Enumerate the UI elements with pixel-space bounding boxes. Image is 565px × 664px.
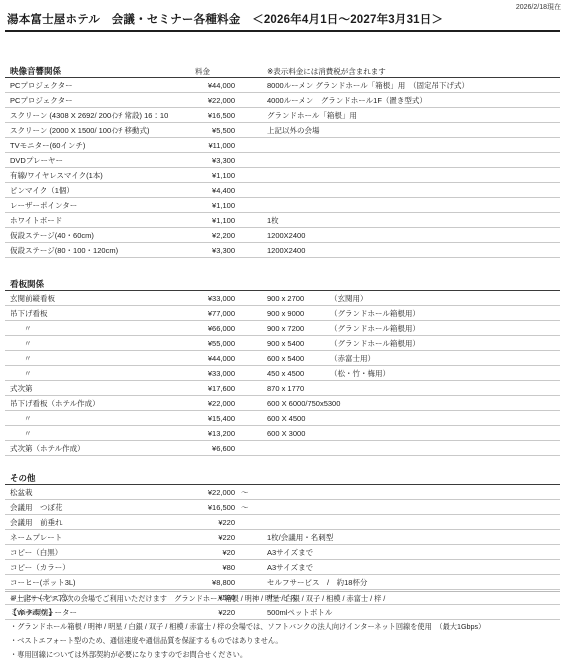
table-row: コピー（白黒）¥20A3サイズまで [5,545,560,560]
note-detail: （松・竹・梅用） [330,369,390,378]
item-cell: コピー（カラー） [10,561,170,574]
price-cell: ¥220 [170,516,235,529]
note-detail: （赤富士用） [330,354,375,363]
section-header-row: 看板関係 [5,277,560,291]
note-spec: 600 x 5400 [267,352,330,365]
table-row: ピンマイク（1個）¥4,400 [5,183,560,198]
note-cell: 900 x 5400（グランドホール箱根用） [265,337,560,350]
item-cell: 吊下げ看板 [10,307,170,320]
price-cell: ¥1,100 [170,214,235,227]
price-cell: ¥8,800 [170,576,235,589]
note-cell: 1枚/会議用・名刺型 [265,531,560,544]
price-cell: ¥16,500 [170,109,235,122]
price-cell: ¥77,000 [170,307,235,320]
footer: ※上記サービスは次の会場でご利用いただけます グランドホール箱根 / 明神 / … [5,591,560,662]
item-cell: ホワイトボード [10,214,170,227]
note-spec: 900 x 7200 [267,322,330,335]
table-row: コーヒー(ポット3L)¥8,800セルフサービス / 約18杯分 [5,575,560,590]
price-cell: ¥55,000 [170,337,235,350]
table-row: レーザーポインター¥1,100 [5,198,560,213]
note-cell: 870 x 1770 [265,382,560,395]
note-detail: （玄関用） [330,294,368,303]
table-row: 仮設ステージ(40・60cm)¥2,2001200X2400 [5,228,560,243]
table-row: 有線/ワイヤレスマイク(1本)¥1,100 [5,168,560,183]
section-title: その他 [10,472,170,484]
table-row: 玄関前縦看板¥33,000900 x 2700（玄関用） [5,291,560,306]
note-cell: 600 x 5400（赤富士用） [265,352,560,365]
price-cell: ¥3,300 [170,154,235,167]
price-cell: ¥44,000 [170,352,235,365]
note-cell: 900 x 9000（グランドホール箱根用） [265,307,560,320]
note-cell: 600 X 3000 [265,427,560,440]
item-cell: 仮設ステージ(40・60cm) [10,229,170,242]
section-header-row: その他 [5,471,560,485]
item-cell: 有線/ワイヤレスマイク(1本) [10,169,170,182]
table-row: スクリーン (4308 X 2692/ 200ｲﾝﾁ 常設) 16：10¥16,… [5,108,560,123]
price-cell: ¥13,200 [170,427,235,440]
section-title: 映像音響関係 [10,65,170,77]
item-cell: 〃 [10,352,170,365]
page-title: 湯本富士屋ホテル 会議・セミナー各種料金 ＜2026年4月1日～2027年3月3… [5,11,560,32]
table-row: PCプロジェクター¥44,0008000ルーメン グランドホール「箱根」用 （固… [5,78,560,93]
note-spec: 900 x 9000 [267,307,330,320]
item-cell: 玄関前縦看板 [10,292,170,305]
table-row: 式次第¥17,600870 x 1770 [5,381,560,396]
table-row: ネームプレート¥2201枚/会議用・名刺型 [5,530,560,545]
note-cell: 600 X 6000/750x5300 [265,397,560,410]
table-row: DVDプレーヤー¥3,300 [5,153,560,168]
note-detail: （グランドホール箱根用） [330,324,420,333]
item-cell: 松盆栽 [10,486,170,499]
table-row: 吊下げ看板（ホテル作成）¥22,000600 X 6000/750x5300 [5,396,560,411]
price-sections: 映像音響関係料金※表示料金には消費税が含まれますPCプロジェクター¥44,000… [0,64,565,620]
table-row: 〃¥15,400600 X 4500 [5,411,560,426]
item-cell: 〃 [10,367,170,380]
item-cell: スクリーン (2000 X 1500/ 100ｲﾝﾁ 移動式) [10,124,170,137]
item-cell: 式次第（ホテル作成） [10,442,170,455]
note-cell: 8000ルーメン グランドホール「箱根」用 （固定吊下げ式） [265,79,560,92]
item-cell: ネームプレート [10,531,170,544]
tax-note: ※表示料金には消費税が含まれます [265,66,560,77]
note-cell: 600 X 4500 [265,412,560,425]
note-spec: 450 x 4500 [267,367,330,380]
price-cell: ¥6,600 [170,442,235,455]
note-cell: 1200X2400 [265,244,560,257]
price-cell: ¥1,100 [170,199,235,212]
price-cell: ¥220 [170,531,235,544]
table-row: 仮設ステージ(80・100・120cm)¥3,3001200X2400 [5,243,560,258]
price-cell: ¥22,000 [170,397,235,410]
price-cell: ¥2,200 [170,229,235,242]
price-cell: ¥5,500 [170,124,235,137]
wifi-note-2: ・ベストエフォート型のため、通信速度や通信品質を保証するものではありません。 [5,634,560,648]
note-cell: 1200X2400 [265,229,560,242]
table-row: 〃¥33,000450 x 4500（松・竹・梅用） [5,366,560,381]
item-cell: TVモニター(60インチ) [10,139,170,152]
price-cell: ¥4,400 [170,184,235,197]
price-cell: ¥17,600 [170,382,235,395]
note-spec: 900 x 5400 [267,337,330,350]
price-cell: ¥16,500 [170,501,235,514]
price-cell: ¥22,000 [170,94,235,107]
item-cell: 吊下げ看板（ホテル作成） [10,397,170,410]
price-cell: ¥15,400 [170,412,235,425]
item-cell: 式次第 [10,382,170,395]
note-cell: A3サイズまで [265,561,560,574]
note-cell: 900 x 2700（玄関用） [265,292,560,305]
price-cell: ¥80 [170,561,235,574]
item-cell: コピー（白黒） [10,546,170,559]
wifi-note-3: ・専用回線については外部契約が必要になりますのでお問合せください。 [5,648,560,662]
table-row: 〃¥66,000900 x 7200（グランドホール箱根用） [5,321,560,336]
note-cell: 450 x 4500（松・竹・梅用） [265,367,560,380]
table-row: 式次第（ホテル作成）¥6,600 [5,441,560,456]
table-row: 〃¥55,000900 x 5400（グランドホール箱根用） [5,336,560,351]
price-cell: ¥20 [170,546,235,559]
table-row: 〃¥13,200600 X 3000 [5,426,560,441]
note-cell: 900 x 7200（グランドホール箱根用） [265,322,560,335]
table-row: PCプロジェクター¥22,0004000ルーメン グランドホール1F（置き型式） [5,93,560,108]
note-cell: 4000ルーメン グランドホール1F（置き型式） [265,94,560,107]
section-header-row: 映像音響関係料金※表示料金には消費税が含まれます [5,64,560,78]
table-row: コピー（カラー）¥80A3サイズまで [5,560,560,575]
item-cell: コーヒー(ポット3L) [10,576,170,589]
section-title: 看板関係 [10,278,170,290]
item-cell: 仮設ステージ(80・100・120cm) [10,244,170,257]
wifi-section-header: 【Wi-Fi環境】 [5,606,560,620]
price-column-header: 料金 [170,66,235,77]
price-cell: ¥33,000 [170,367,235,380]
price-section-1: 映像音響関係料金※表示料金には消費税が含まれますPCプロジェクター¥44,000… [5,64,560,258]
note-detail: （グランドホール箱根用） [330,309,420,318]
note-detail: （グランドホール箱根用） [330,339,420,348]
venues-note: ※上記サービスは次の会場でご利用いただけます グランドホール箱根 / 明神 / … [5,592,560,606]
as-of-date: 2026/2/18現在 [516,2,561,12]
table-row: 松盆栽¥22,000～ [5,485,560,500]
price-cell: ¥22,000 [170,486,235,499]
item-cell: PCプロジェクター [10,94,170,107]
item-cell: DVDプレーヤー [10,154,170,167]
table-row: TVモニター(60インチ)¥11,000 [5,138,560,153]
note-cell: グランドホール「箱根」用 [265,109,560,122]
table-row: ホワイトボード¥1,1001枚 [5,213,560,228]
note-cell: 上記以外の会場 [265,124,560,137]
table-row: 会議用 前垂れ¥220 [5,515,560,530]
item-cell: 会議用 前垂れ [10,516,170,529]
item-cell: 〃 [10,322,170,335]
table-row: スクリーン (2000 X 1500/ 100ｲﾝﾁ 移動式)¥5,500上記以… [5,123,560,138]
price-section-2: 看板関係玄関前縦看板¥33,000900 x 2700（玄関用）吊下げ看板¥77… [5,277,560,456]
item-cell: PCプロジェクター [10,79,170,92]
price-cell: ¥3,300 [170,244,235,257]
note-cell: A3サイズまで [265,546,560,559]
price-cell: ¥44,000 [170,79,235,92]
price-cell: ¥1,100 [170,169,235,182]
note-spec: 900 x 2700 [267,292,330,305]
wifi-note-1: ・グランドホール箱根 / 明神 / 明星 / 白銀 / 双子 / 相模 / 赤富… [5,620,560,634]
item-cell: 会議用 つぼ花 [10,501,170,514]
price-cell: ¥66,000 [170,322,235,335]
table-row: 会議用 つぼ花¥16,500～ [5,500,560,515]
price-cell: ¥11,000 [170,139,235,152]
note-cell: 1枚 [265,214,560,227]
item-cell: レーザーポインター [10,199,170,212]
table-row: 〃¥44,000600 x 5400（赤富士用） [5,351,560,366]
item-cell: ピンマイク（1個） [10,184,170,197]
price-suffix-cell: ～ [235,486,265,499]
item-cell: 〃 [10,427,170,440]
item-cell: 〃 [10,412,170,425]
table-row: 吊下げ看板¥77,000900 x 9000（グランドホール箱根用） [5,306,560,321]
item-cell: 〃 [10,337,170,350]
note-cell: セルフサービス / 約18杯分 [265,576,560,589]
price-cell: ¥33,000 [170,292,235,305]
item-cell: スクリーン (4308 X 2692/ 200ｲﾝﾁ 常設) 16：10 [10,109,170,122]
price-suffix-cell: ～ [235,501,265,514]
